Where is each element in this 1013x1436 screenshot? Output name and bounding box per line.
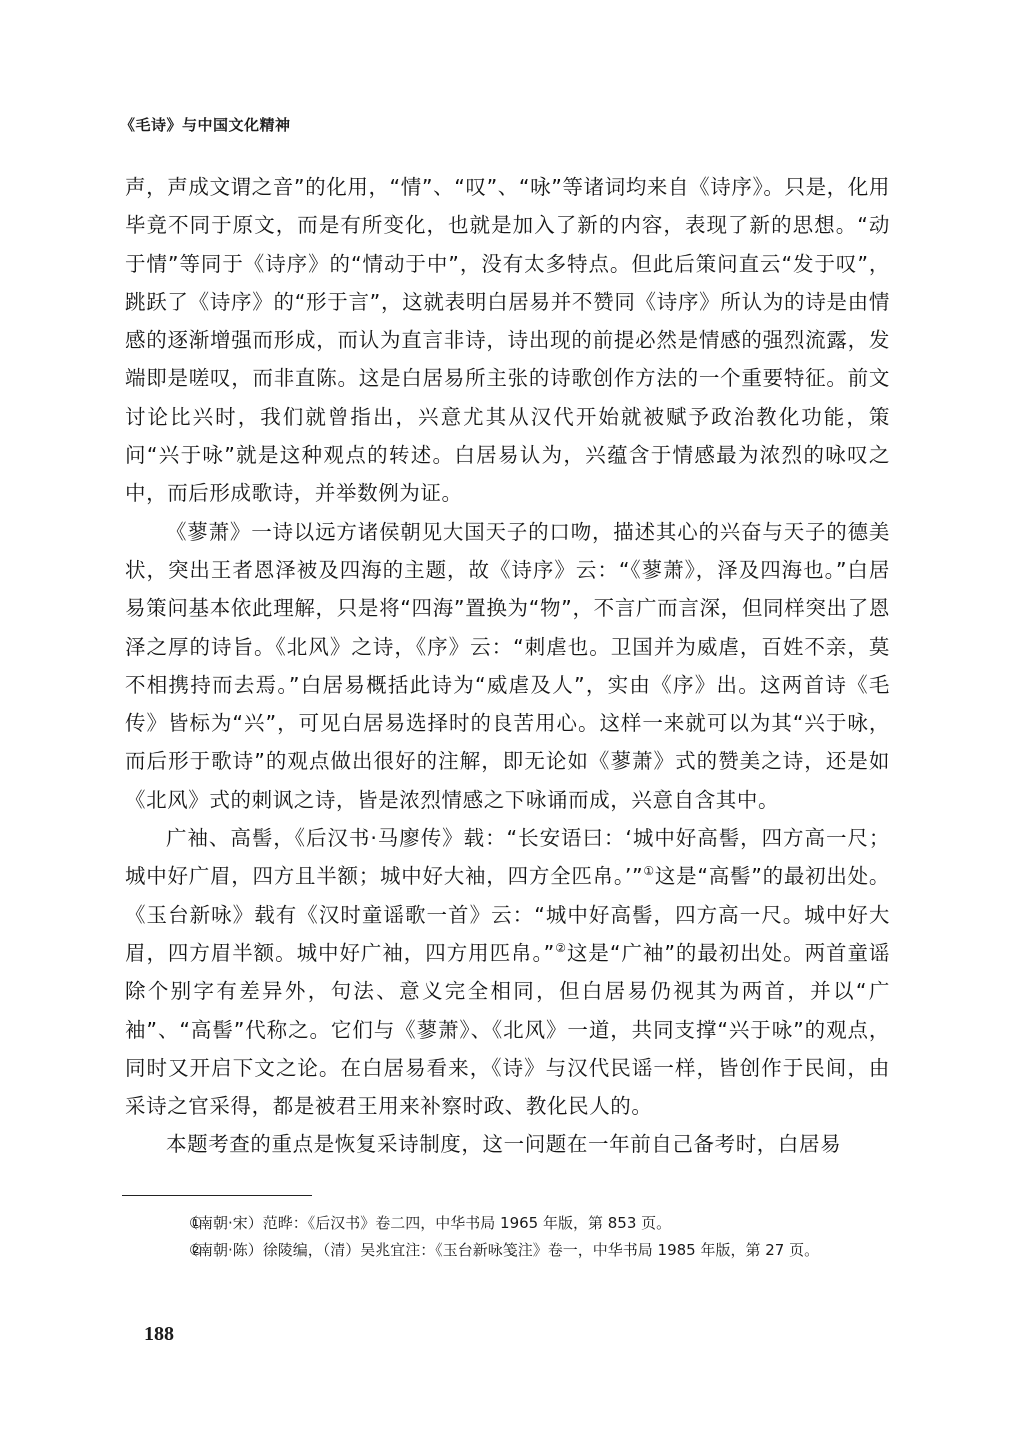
paragraph-text: 本题考查的重点是恢复采诗制度，这一问题在一年前自己备考时，白居易 [166, 1132, 841, 1156]
paragraph-text: 《蓼萧》一诗以远方诸侯朝见大国天子的口吻，描述其心的兴奋与天子的德美状，突出王者… [125, 520, 890, 812]
footnote-2: ②（南朝·陈）徐陵编，（清）吴兆宜注：《玉台新咏笺注》卷一，中华书局 1985 … [125, 1237, 890, 1264]
paragraph-text: 声，声成文谓之音”的化用，“情”、“叹”、“咏”等诸词均来自《诗序》。只是，化用… [125, 175, 890, 505]
body-text: 声，声成文谓之音”的化用，“情”、“叹”、“咏”等诸词均来自《诗序》。只是，化用… [125, 168, 890, 1164]
paragraph-4: 本题考查的重点是恢复采诗制度，这一问题在一年前自己备考时，白居易 [125, 1125, 890, 1163]
footnote-text: （南朝·陈）徐陵编，（清）吴兆宜注：《玉台新咏笺注》卷一，中华书局 1985 年… [183, 1241, 819, 1259]
page-number: 188 [144, 1323, 174, 1346]
paragraph-text: 这是“广袖”的最初出处。两首童谣除个别字有差异外，句法、意义完全相同，但白居易仍… [125, 941, 890, 1118]
paragraph-3: 广袖、高髻，《后汉书·马廖传》载：“长安语曰：‘城中好高髻，四方高一尺；城中好广… [125, 819, 890, 1125]
running-head: 《毛诗》与中国文化精神 [120, 114, 291, 135]
footnote-reference[interactable]: ① [643, 865, 655, 879]
footnote-reference[interactable]: ② [555, 941, 567, 955]
paragraph-1: 声，声成文谓之音”的化用，“情”、“叹”、“咏”等诸词均来自《诗序》。只是，化用… [125, 168, 890, 513]
footnote-separator [122, 1195, 312, 1196]
footnote-marker: ② [157, 1237, 183, 1264]
footnote-marker: ① [157, 1210, 183, 1237]
footnotes: ①（南朝·宋）范晔：《后汉书》卷二四，中华书局 1965 年版，第 853 页。… [125, 1210, 890, 1264]
paragraph-2: 《蓼萧》一诗以远方诸侯朝见大国天子的口吻，描述其心的兴奋与天子的德美状，突出王者… [125, 513, 890, 819]
footnote-text: （南朝·宋）范晔：《后汉书》卷二四，中华书局 1965 年版，第 853 页。 [183, 1214, 671, 1232]
footnote-1: ①（南朝·宋）范晔：《后汉书》卷二四，中华书局 1965 年版，第 853 页。 [125, 1210, 890, 1237]
